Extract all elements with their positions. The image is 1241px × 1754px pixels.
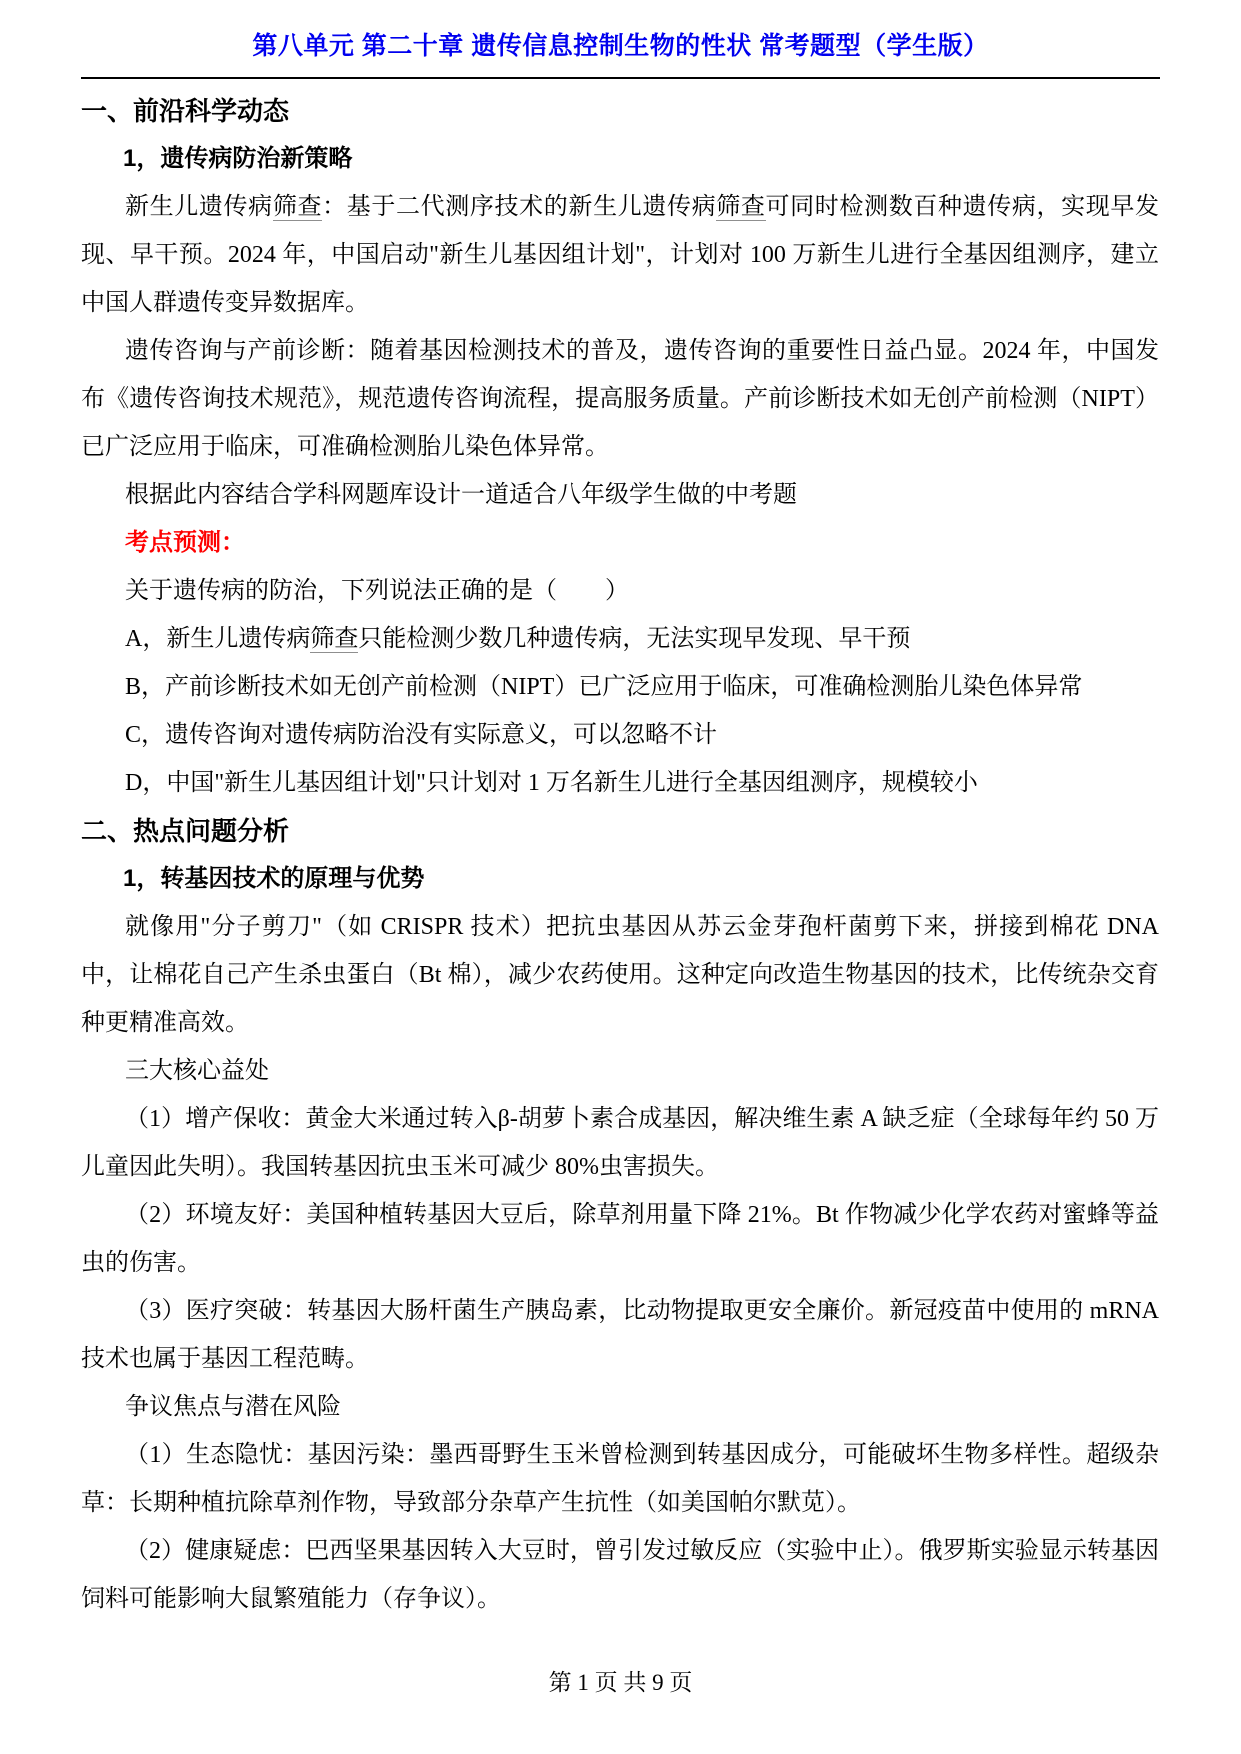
paragraph-crispr-intro: 就像用"分子剪刀"（如 CRISPR 技术）把抗虫基因从苏云金芽孢杆菌剪下来，拼… <box>81 903 1159 1047</box>
text-run: 只能检测少数几种遗传病，无法实现早发现、早干预 <box>358 626 910 652</box>
option-d: D，中国"新生儿基因组计划"只计划对 1 万名新生儿进行全基因组测序，规模较小 <box>81 759 1159 807</box>
risk-1: （1）生态隐忧：基因污染：墨西哥野生玉米曾检测到转基因成分，可能破坏生物多样性。… <box>81 1431 1159 1527</box>
title-divider <box>81 77 1160 79</box>
option-b: B，产前诊断技术如无创产前检测（NIPT）已广泛应用于临床，可准确检测胎儿染色体… <box>81 663 1159 711</box>
paragraph-genetic-counseling: 遗传咨询与产前诊断：随着基因检测技术的普及，遗传咨询的重要性日益凸显。2024 … <box>81 327 1159 471</box>
underlined-term: 筛查 <box>273 194 322 221</box>
risks-heading: 争议焦点与潜在风险 <box>81 1383 1159 1431</box>
section2-heading: 二、热点问题分析 <box>81 807 1159 855</box>
page-number: 第 1 页 共 9 页 <box>549 1670 693 1695</box>
document-body: 一、前沿科学动态 1，遗传病防治新策略 新生儿遗传病筛查：基于二代测序技术的新生… <box>81 87 1159 1623</box>
underlined-term: 筛查 <box>310 626 358 653</box>
benefit-1: （1）增产保收：黄金大米通过转入β-胡萝卜素合成基因，解决维生素 A 缺乏症（全… <box>81 1095 1159 1191</box>
paragraph-newborn-screening: 新生儿遗传病筛查：基于二代测序技术的新生儿遗传病筛查可同时检测数百种遗传病，实现… <box>81 183 1159 327</box>
section1-heading: 一、前沿科学动态 <box>81 87 1159 135</box>
text-run: ：基于二代测序技术的新生儿遗传病 <box>322 194 716 220</box>
option-c: C，遗传咨询对遗传病防治没有实际意义，可以忽略不计 <box>81 711 1159 759</box>
document-page: 第八单元 第二十章 遗传信息控制生物的性状 常考题型（学生版） 一、前沿科学动态… <box>0 0 1241 1754</box>
section2-subheading: 1，转基因技术的原理与优势 <box>81 855 1159 903</box>
question-stem: 关于遗传病的防治，下列说法正确的是（ ） <box>81 567 1159 615</box>
underlined-term: 筛查 <box>716 194 765 221</box>
section1-subheading: 1，遗传病防治新策略 <box>81 135 1159 183</box>
text-run: A，新生儿遗传病 <box>125 626 310 652</box>
benefits-heading: 三大核心益处 <box>81 1047 1159 1095</box>
option-a: A，新生儿遗传病筛查只能检测少数几种遗传病，无法实现早发现、早干预 <box>81 615 1159 663</box>
page-title: 第八单元 第二十章 遗传信息控制生物的性状 常考题型（学生版） <box>81 0 1160 62</box>
text-run: 新生儿遗传病 <box>125 194 273 220</box>
paragraph-design-prompt: 根据此内容结合学科网题库设计一道适合八年级学生做的中考题 <box>81 471 1159 519</box>
exam-point-label: 考点预测： <box>81 519 1159 567</box>
benefit-3: （3）医疗突破：转基因大肠杆菌生产胰岛素，比动物提取更安全廉价。新冠疫苗中使用的… <box>81 1287 1159 1383</box>
page-footer: 第 1 页 共 9 页 <box>0 1668 1241 1698</box>
risk-2: （2）健康疑虑：巴西坚果基因转入大豆时，曾引发过敏反应（实验中止）。俄罗斯实验显… <box>81 1527 1159 1623</box>
benefit-2: （2）环境友好：美国种植转基因大豆后，除草剂用量下降 21%。Bt 作物减少化学… <box>81 1191 1159 1287</box>
